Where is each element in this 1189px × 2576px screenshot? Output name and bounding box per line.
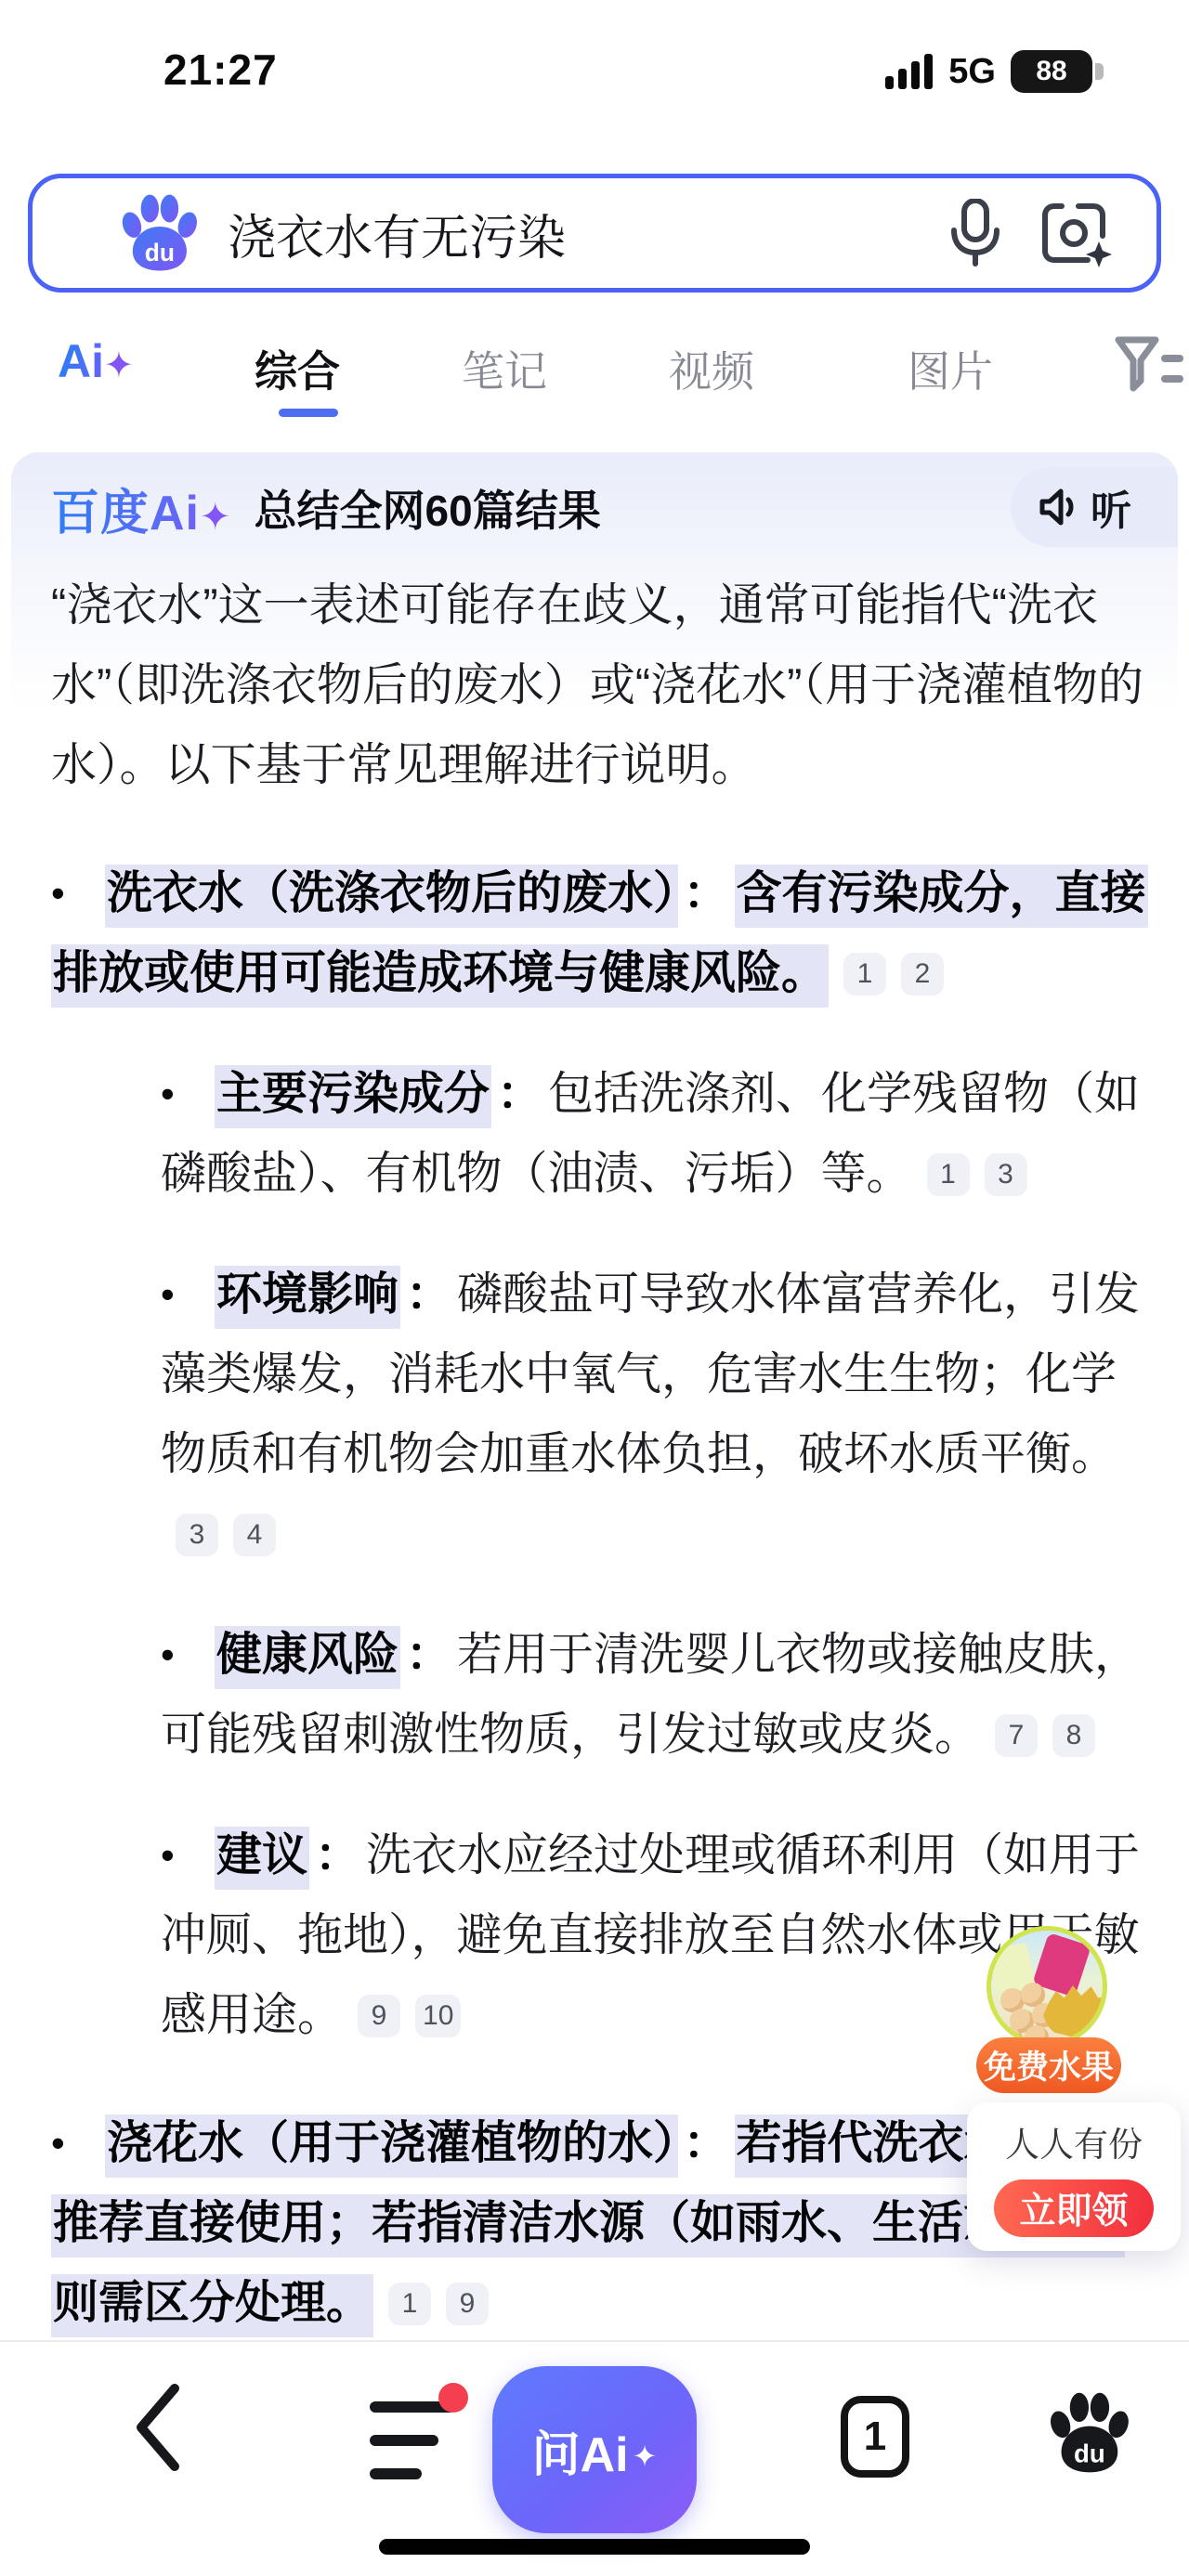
citation-badge[interactable]: 1	[388, 2283, 431, 2325]
bullet-dot: •	[161, 1255, 215, 1334]
summary-section: •健康风险：若用于清洗婴儿衣物或接触皮肤，可能残留刺激性物质，引发过敏或皮炎。7…	[51, 1615, 1157, 1775]
battery-icon: 88	[1011, 50, 1104, 93]
section-separator: ：	[309, 1830, 366, 1880]
citation-badge[interactable]: 9	[446, 2283, 489, 2325]
section-separator: ：	[678, 2118, 735, 2168]
menu-button[interactable]	[370, 2394, 463, 2483]
citation-badge[interactable]: 10	[415, 1995, 461, 2037]
home-indicator[interactable]	[379, 2539, 810, 2555]
section-separator: ：	[400, 1630, 457, 1680]
ai-card-header: 百度Ai✦ 总结全网60篇结果 听	[51, 452, 1157, 541]
status-time: 21:27	[163, 45, 278, 95]
baidu-home-icon[interactable]: du	[1046, 2390, 1131, 2480]
summary-section: •建议：洗衣水应经过处理或循环利用（如用于冲厕、拖地），避免直接排放至自然水体或…	[51, 1815, 1157, 2055]
filter-icon[interactable]	[1111, 332, 1189, 410]
ai-summary-card: 百度Ai✦ 总结全网60篇结果 听 “浇衣水”这一表述可能存在歧义，通常可能指代…	[11, 452, 1178, 2576]
summary-section: •主要污染成分：包括洗涤剂、化学残留物（如磷酸盐）、有机物（油渍、污垢）等。13	[51, 1054, 1157, 1214]
listen-label: 听	[1091, 477, 1131, 537]
citation-badge[interactable]: 7	[995, 1714, 1038, 1757]
section-separator: ：	[678, 868, 735, 918]
section-term: 健康风险	[215, 1626, 400, 1689]
tab-images[interactable]: 图片	[908, 338, 993, 399]
tab-notes[interactable]: 笔记	[462, 338, 547, 399]
summary-intro: “浇衣水”这一表述可能存在歧义，通常可能指代“洗衣水”（即洗涤衣物后的废水）或“…	[51, 566, 1157, 805]
tab-videos[interactable]: 视频	[669, 338, 754, 399]
network-type-label: 5G	[948, 52, 996, 92]
bullet-dot: •	[51, 853, 105, 933]
section-separator: ：	[491, 1069, 548, 1119]
ad-text: 人人有份	[1005, 2116, 1143, 2166]
bullet-dot: •	[161, 1054, 215, 1134]
back-button[interactable]	[130, 2383, 186, 2477]
ad-claim-button[interactable]: 立即领	[994, 2179, 1154, 2237]
camera-search-icon[interactable]	[1041, 199, 1114, 267]
baidu-ai-logo: 百度Ai✦	[51, 474, 232, 543]
speaker-icon	[1039, 487, 1081, 527]
svg-text:du: du	[1074, 2439, 1105, 2467]
bottom-nav-bar: 问Ai✦ 1 du	[0, 2340, 1189, 2576]
result-tabs: Ai✦ 综合 笔记 视频 图片	[0, 327, 1189, 429]
search-bar[interactable]: du 浇衣水有无污染	[28, 174, 1161, 293]
ad-panel[interactable]: 人人有份 立即领	[967, 2102, 1181, 2251]
citation-badge[interactable]: 8	[1052, 1714, 1095, 1757]
section-term: 建议	[215, 1827, 309, 1890]
citation-badge[interactable]: 1	[843, 953, 886, 995]
ad-badge[interactable]: 免费水果	[976, 2037, 1121, 2093]
ask-ai-button[interactable]: 问Ai✦	[492, 2366, 697, 2533]
citation-badge[interactable]: 3	[176, 1514, 218, 1556]
citation-badge[interactable]: 1	[927, 1153, 970, 1196]
search-input[interactable]: 浇衣水有无污染	[228, 199, 947, 268]
ad-image[interactable]	[986, 1926, 1107, 2047]
notification-dot	[438, 2383, 468, 2413]
battery-percent: 88	[1036, 56, 1066, 87]
voice-search-icon[interactable]	[947, 199, 1004, 267]
section-term: 环境影响	[215, 1266, 400, 1329]
tab-counter-button[interactable]: 1	[841, 2396, 909, 2478]
tab-comprehensive[interactable]: 综合	[255, 338, 340, 399]
citation-badge[interactable]: 4	[233, 1514, 276, 1556]
summary-section: •洗衣水（洗涤衣物后的废水）：含有污染成分，直接排放或使用可能造成环境与健康风险…	[51, 853, 1157, 1013]
phone-screen: 21:27 5G 88 du 浇衣水有无污染	[0, 0, 1189, 2576]
signal-strength-icon	[885, 52, 934, 91]
section-term: 主要污染成分	[215, 1065, 491, 1128]
summary-title: 总结全网60篇结果	[255, 477, 601, 539]
listen-button[interactable]: 听	[1011, 467, 1178, 547]
section-term: 浇花水（用于浇灌植物的水）	[105, 2114, 678, 2178]
tab-ai[interactable]: Ai✦	[58, 334, 134, 388]
bullet-dot: •	[51, 2103, 105, 2183]
citation-badge[interactable]: 2	[901, 953, 944, 995]
svg-text:du: du	[145, 239, 175, 267]
citation-badge[interactable]: 3	[985, 1153, 1027, 1196]
section-term: 洗衣水（洗涤衣物后的废水）	[105, 865, 678, 928]
status-icons: 5G 88	[885, 50, 1104, 93]
section-separator: ：	[400, 1269, 457, 1320]
citation-badge[interactable]: 9	[358, 1995, 400, 2037]
bullet-dot: •	[161, 1815, 215, 1895]
summary-section: •环境影响：磷酸盐可导致水体富营养化，引发藻类爆发，消耗水中氧气，危害水生生物；…	[51, 1255, 1157, 1574]
bullet-dot: •	[161, 1615, 215, 1695]
active-tab-underline	[279, 409, 338, 417]
baidu-logo-icon: du	[118, 192, 200, 274]
